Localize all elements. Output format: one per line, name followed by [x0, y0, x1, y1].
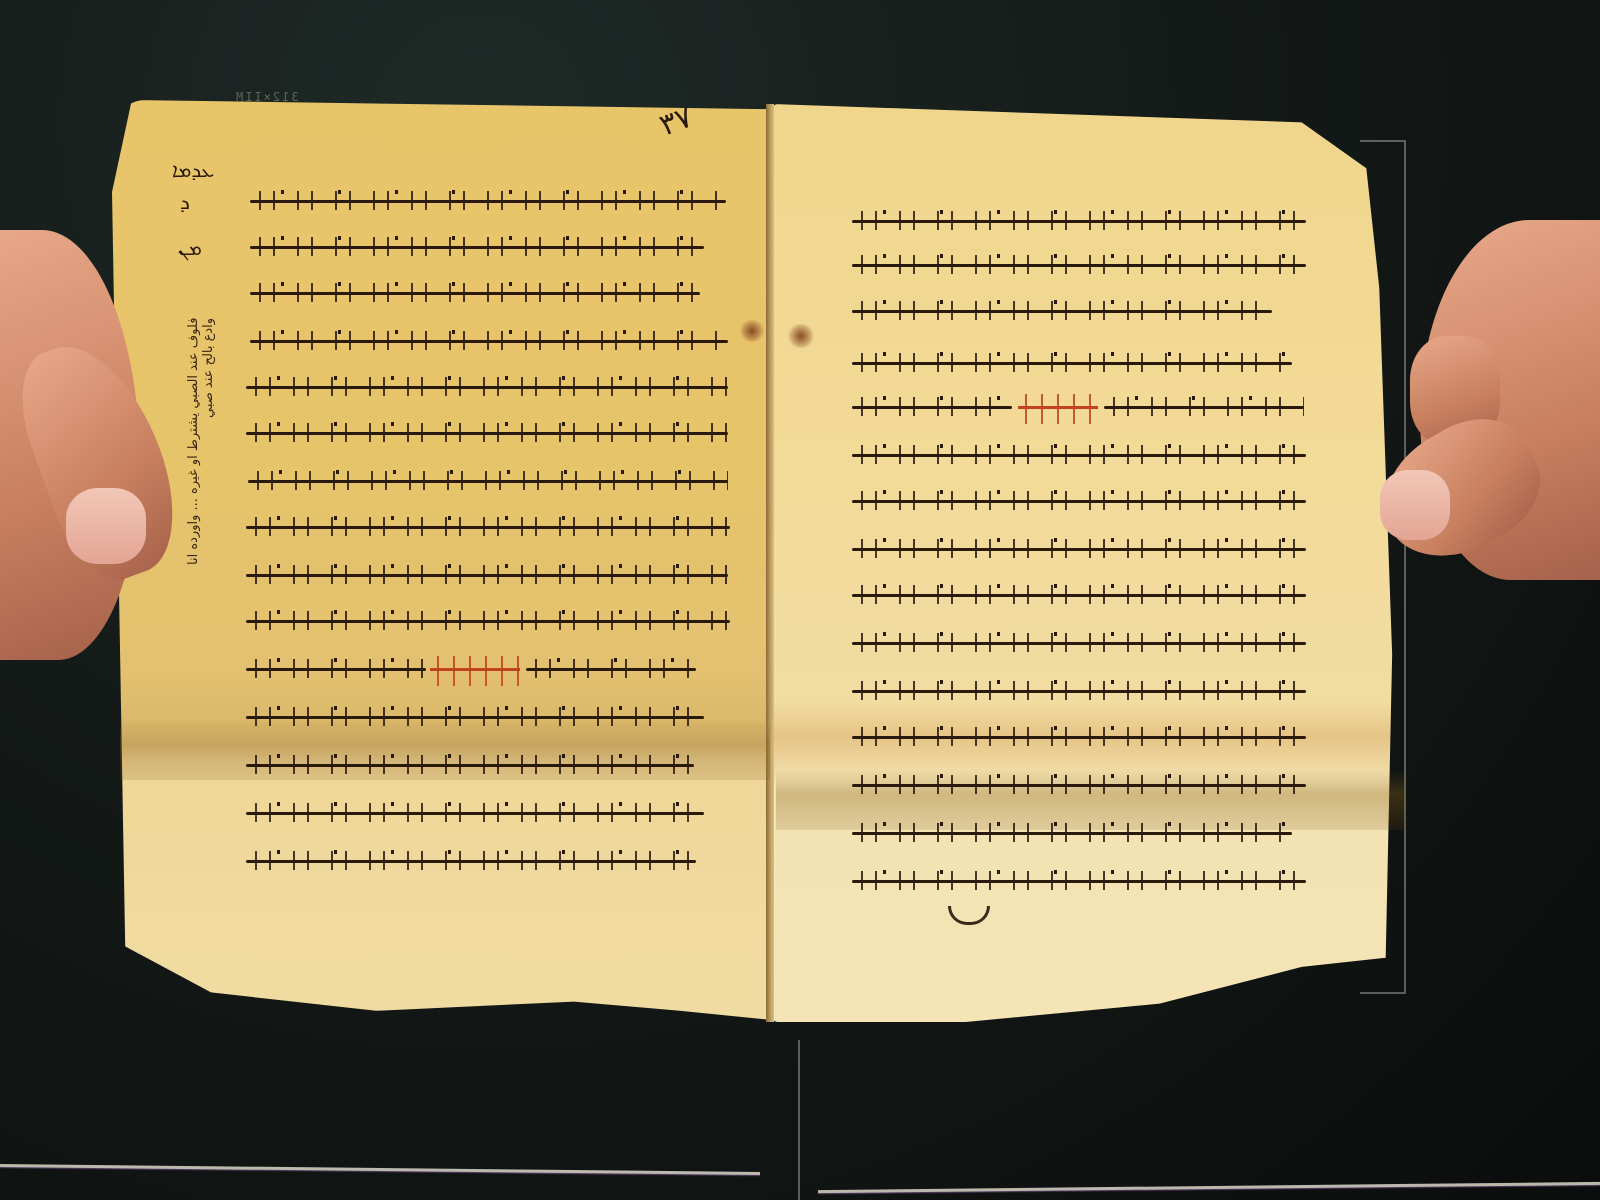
text-line — [852, 392, 1012, 426]
text-line — [852, 250, 1306, 284]
text-line — [246, 512, 730, 546]
book-spine — [766, 104, 774, 1022]
cradle-center-line — [798, 1040, 800, 1200]
text-line — [246, 798, 704, 832]
text-line — [246, 418, 728, 452]
text-line — [852, 534, 1306, 568]
text-line — [250, 278, 700, 312]
text-line — [852, 348, 1292, 382]
text-line — [852, 818, 1292, 852]
spot-stain — [738, 320, 766, 342]
text-line — [852, 722, 1306, 756]
left-thumbnail — [66, 488, 146, 564]
text-line — [246, 846, 696, 880]
text-line — [246, 560, 728, 594]
rubric-text — [1018, 392, 1098, 426]
text-line — [246, 372, 728, 406]
right-thumbnail — [1380, 470, 1450, 540]
spot-stain — [786, 324, 816, 348]
text-line — [852, 206, 1306, 240]
text-line — [250, 232, 704, 266]
text-line — [852, 676, 1306, 710]
text-line — [852, 866, 1306, 900]
text-line — [246, 654, 426, 688]
text-line — [248, 466, 728, 500]
text-line — [250, 186, 726, 220]
text-line — [250, 326, 728, 360]
margin-word: ܥܕܡܐ — [172, 158, 214, 182]
text-line — [246, 606, 730, 640]
marginal-arabic-note: فلوف عند الصبي يشترط او غيره ... واورده … — [186, 318, 216, 568]
margin-word: ܡܢ — [178, 236, 202, 260]
rubric-text — [430, 654, 520, 688]
text-line — [852, 580, 1306, 614]
text-line — [246, 750, 694, 784]
text-line — [852, 440, 1306, 474]
margin-word: ܕ — [180, 190, 190, 214]
text-line — [246, 702, 704, 736]
text-line — [852, 770, 1306, 804]
text-line — [852, 486, 1306, 520]
text-line — [852, 628, 1306, 662]
text-line — [526, 654, 696, 688]
text-line — [1104, 392, 1304, 426]
text-line — [852, 296, 1272, 330]
